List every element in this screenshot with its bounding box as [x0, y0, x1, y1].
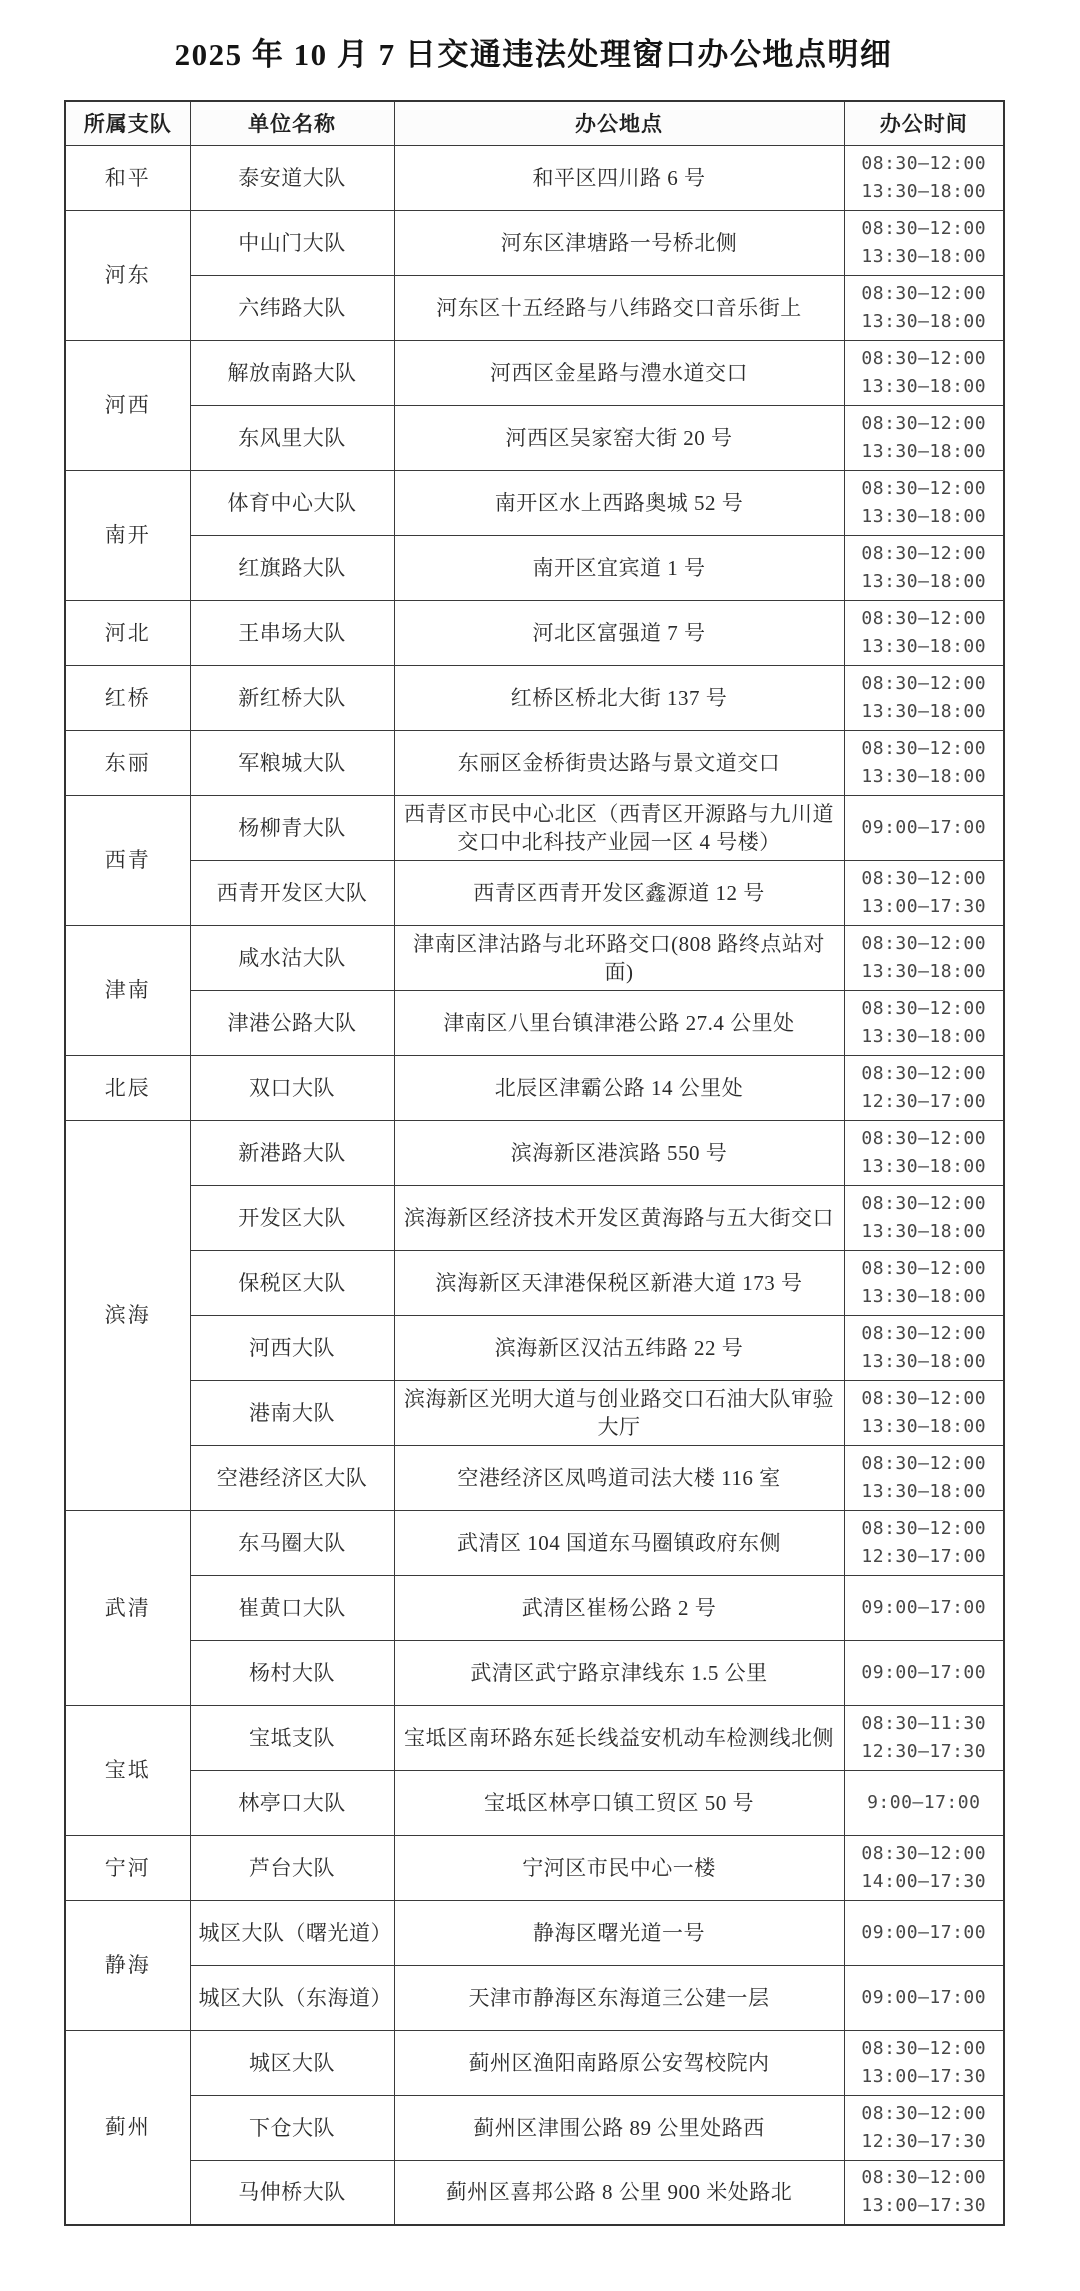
address-cell: 和平区四川路 6 号: [394, 145, 844, 210]
table-row: 武清东马圈大队武清区 104 国道东马圈镇政府东侧08:30—12:0012:3…: [65, 1510, 1004, 1575]
hours-line: 13:30—18:00: [847, 958, 1002, 986]
table-row: 开发区大队滨海新区经济技术开发区黄海路与五大街交口08:30—12:0013:3…: [65, 1185, 1004, 1250]
table-row: 东丽军粮城大队东丽区金桥街贵达路与景文道交口08:30—12:0013:30—1…: [65, 730, 1004, 795]
hours-cell: 09:00—17:00: [844, 1900, 1004, 1965]
district-cell: 红桥: [65, 665, 190, 730]
table-row: 河西大队滨海新区汉沽五纬路 22 号08:30—12:0013:30—18:00: [65, 1315, 1004, 1380]
district-cell: 静海: [65, 1900, 190, 2030]
table-row: 东风里大队河西区吴家窑大街 20 号08:30—12:0013:30—18:00: [65, 405, 1004, 470]
hours-line: 08:30—12:00: [847, 540, 1002, 568]
table-row: 西青开发区大队西青区西青开发区鑫源道 12 号08:30—12:0013:00—…: [65, 860, 1004, 925]
hours-cell: 08:30—12:0013:30—18:00: [844, 145, 1004, 210]
unit-cell: 开发区大队: [190, 1185, 394, 1250]
hours-line: 13:30—18:00: [847, 633, 1002, 661]
hours-line: 13:30—18:00: [847, 178, 1002, 206]
hours-line: 08:30—12:00: [847, 930, 1002, 958]
unit-cell: 体育中心大队: [190, 470, 394, 535]
unit-cell: 王串场大队: [190, 600, 394, 665]
address-cell: 静海区曙光道一号: [394, 1900, 844, 1965]
hours-line: 08:30—12:00: [847, 1385, 1002, 1413]
hours-line: 14:00—17:30: [847, 1868, 1002, 1896]
address-cell: 红桥区桥北大街 137 号: [394, 665, 844, 730]
header-row: 所属支队 单位名称 办公地点 办公时间: [65, 101, 1004, 145]
hours-line: 08:30—12:00: [847, 2100, 1002, 2128]
unit-cell: 港南大队: [190, 1380, 394, 1445]
table-row: 静海城区大队（曙光道）静海区曙光道一号09:00—17:00: [65, 1900, 1004, 1965]
address-cell: 河东区津塘路一号桥北侧: [394, 210, 844, 275]
office-locations-table: 所属支队 单位名称 办公地点 办公时间 和平泰安道大队和平区四川路 6 号08:…: [64, 100, 1005, 2226]
unit-cell: 空港经济区大队: [190, 1445, 394, 1510]
address-cell: 河西区金星路与澧水道交口: [394, 340, 844, 405]
hours-line: 08:30—12:00: [847, 1320, 1002, 1348]
address-cell: 滨海新区天津港保税区新港大道 173 号: [394, 1250, 844, 1315]
hours-line: 13:30—18:00: [847, 373, 1002, 401]
table-row: 和平泰安道大队和平区四川路 6 号08:30—12:0013:30—18:00: [65, 145, 1004, 210]
hours-line: 08:30—12:00: [847, 475, 1002, 503]
hours-cell: 08:30—12:0013:00—17:30: [844, 860, 1004, 925]
hours-line: 08:30—12:00: [847, 345, 1002, 373]
col-header-address: 办公地点: [394, 101, 844, 145]
hours-line: 13:30—18:00: [847, 1218, 1002, 1246]
unit-cell: 城区大队: [190, 2030, 394, 2095]
hours-cell: 08:30—12:0013:30—18:00: [844, 1120, 1004, 1185]
hours-line: 08:30—12:00: [847, 150, 1002, 178]
address-cell: 滨海新区经济技术开发区黄海路与五大街交口: [394, 1185, 844, 1250]
hours-line: 08:30—12:00: [847, 1125, 1002, 1153]
hours-line: 09:00—17:00: [847, 1919, 1002, 1947]
address-cell: 津南区八里台镇津港公路 27.4 公里处: [394, 990, 844, 1055]
hours-line: 9:00—17:00: [847, 1789, 1002, 1817]
address-cell: 河东区十五经路与八纬路交口音乐街上: [394, 275, 844, 340]
unit-cell: 东马圈大队: [190, 1510, 394, 1575]
hours-line: 13:30—18:00: [847, 243, 1002, 271]
hours-line: 08:30—12:00: [847, 1255, 1002, 1283]
table-row: 宝坻宝坻支队宝坻区南环路东延长线益安机动车检测线北侧08:30—11:3012:…: [65, 1705, 1004, 1770]
unit-cell: 城区大队（曙光道）: [190, 1900, 394, 1965]
unit-cell: 保税区大队: [190, 1250, 394, 1315]
hours-line: 13:30—18:00: [847, 568, 1002, 596]
hours-line: 13:30—18:00: [847, 1478, 1002, 1506]
hours-cell: 08:30—12:0013:30—18:00: [844, 210, 1004, 275]
table-row: 六纬路大队河东区十五经路与八纬路交口音乐街上08:30—12:0013:30—1…: [65, 275, 1004, 340]
hours-cell: 09:00—17:00: [844, 1640, 1004, 1705]
unit-cell: 双口大队: [190, 1055, 394, 1120]
hours-cell: 08:30—12:0013:30—18:00: [844, 1185, 1004, 1250]
hours-line: 12:30—17:30: [847, 2128, 1002, 2156]
table-row: 城区大队（东海道）天津市静海区东海道三公建一层09:00—17:00: [65, 1965, 1004, 2030]
hours-line: 13:00—17:30: [847, 2192, 1002, 2220]
district-cell: 武清: [65, 1510, 190, 1705]
hours-line: 08:30—12:00: [847, 995, 1002, 1023]
hours-cell: 08:30—11:3012:30—17:30: [844, 1705, 1004, 1770]
unit-cell: 芦台大队: [190, 1835, 394, 1900]
hours-cell: 08:30—12:0012:30—17:00: [844, 1510, 1004, 1575]
address-cell: 空港经济区凤鸣道司法大楼 116 室: [394, 1445, 844, 1510]
unit-cell: 西青开发区大队: [190, 860, 394, 925]
col-header-hours: 办公时间: [844, 101, 1004, 145]
hours-cell: 09:00—17:00: [844, 1965, 1004, 2030]
hours-line: 08:30—12:00: [847, 865, 1002, 893]
hours-cell: 08:30—12:0013:30—18:00: [844, 665, 1004, 730]
table-row: 河北王串场大队河北区富强道 7 号08:30—12:0013:30—18:00: [65, 600, 1004, 665]
hours-line: 13:30—18:00: [847, 1283, 1002, 1311]
district-cell: 和平: [65, 145, 190, 210]
hours-line: 13:00—17:30: [847, 893, 1002, 921]
address-cell: 武清区 104 国道东马圈镇政府东侧: [394, 1510, 844, 1575]
address-cell: 西青区市民中心北区（西青区开源路与九川道交口中北科技产业园一区 4 号楼）: [394, 795, 844, 860]
table-row: 林亭口大队宝坻区林亭口镇工贸区 50 号9:00—17:00: [65, 1770, 1004, 1835]
unit-cell: 下仓大队: [190, 2095, 394, 2160]
table-row: 下仓大队蓟州区津围公路 89 公里处路西08:30—12:0012:30—17:…: [65, 2095, 1004, 2160]
hours-line: 13:30—18:00: [847, 1153, 1002, 1181]
district-cell: 河北: [65, 600, 190, 665]
hours-line: 13:00—17:30: [847, 2063, 1002, 2091]
unit-cell: 马伸桥大队: [190, 2160, 394, 2225]
address-cell: 宝坻区南环路东延长线益安机动车检测线北侧: [394, 1705, 844, 1770]
address-cell: 北辰区津霸公路 14 公里处: [394, 1055, 844, 1120]
hours-cell: 08:30—12:0013:30—18:00: [844, 1380, 1004, 1445]
hours-line: 08:30—12:00: [847, 605, 1002, 633]
hours-line: 09:00—17:00: [847, 1984, 1002, 2012]
page-title: 2025 年 10 月 7 日交通违法处理窗口办公地点明细: [64, 34, 1003, 76]
hours-line: 09:00—17:00: [847, 814, 1002, 842]
table-body: 和平泰安道大队和平区四川路 6 号08:30—12:0013:30—18:00河…: [65, 145, 1004, 2225]
hours-line: 08:30—12:00: [847, 1840, 1002, 1868]
table-row: 滨海新港路大队滨海新区港滨路 550 号08:30—12:0013:30—18:…: [65, 1120, 1004, 1185]
hours-line: 08:30—12:00: [847, 410, 1002, 438]
hours-cell: 08:30—12:0013:30—18:00: [844, 925, 1004, 990]
hours-cell: 08:30—12:0013:30—18:00: [844, 1445, 1004, 1510]
hours-cell: 08:30—12:0013:30—18:00: [844, 730, 1004, 795]
unit-cell: 六纬路大队: [190, 275, 394, 340]
hours-cell: 09:00—17:00: [844, 1575, 1004, 1640]
unit-cell: 中山门大队: [190, 210, 394, 275]
hours-line: 08:30—12:00: [847, 1190, 1002, 1218]
address-cell: 西青区西青开发区鑫源道 12 号: [394, 860, 844, 925]
district-cell: 河东: [65, 210, 190, 340]
address-cell: 南开区水上西路奥城 52 号: [394, 470, 844, 535]
district-cell: 津南: [65, 925, 190, 1055]
unit-cell: 军粮城大队: [190, 730, 394, 795]
address-cell: 滨海新区汉沽五纬路 22 号: [394, 1315, 844, 1380]
hours-line: 08:30—12:00: [847, 670, 1002, 698]
hours-line: 08:30—12:00: [847, 1515, 1002, 1543]
hours-line: 08:30—12:00: [847, 2164, 1002, 2192]
hours-cell: 9:00—17:00: [844, 1770, 1004, 1835]
address-cell: 津南区津沽路与北环路交口(808 路终点站对面): [394, 925, 844, 990]
hours-cell: 08:30—12:0014:00—17:30: [844, 1835, 1004, 1900]
address-cell: 宁河区市民中心一楼: [394, 1835, 844, 1900]
table-row: 红桥新红桥大队红桥区桥北大街 137 号08:30—12:0013:30—18:…: [65, 665, 1004, 730]
hours-line: 09:00—17:00: [847, 1594, 1002, 1622]
address-cell: 河北区富强道 7 号: [394, 600, 844, 665]
unit-cell: 杨柳青大队: [190, 795, 394, 860]
table-row: 宁河芦台大队宁河区市民中心一楼08:30—12:0014:00—17:30: [65, 1835, 1004, 1900]
table-row: 河东中山门大队河东区津塘路一号桥北侧08:30—12:0013:30—18:00: [65, 210, 1004, 275]
hours-line: 13:30—18:00: [847, 1413, 1002, 1441]
document-page: 2025 年 10 月 7 日交通违法处理窗口办公地点明细 所属支队 单位名称 …: [0, 0, 1080, 2291]
unit-cell: 红旗路大队: [190, 535, 394, 600]
unit-cell: 新红桥大队: [190, 665, 394, 730]
district-cell: 北辰: [65, 1055, 190, 1120]
hours-line: 08:30—12:00: [847, 735, 1002, 763]
hours-cell: 08:30—12:0012:30—17:00: [844, 1055, 1004, 1120]
hours-line: 13:30—18:00: [847, 698, 1002, 726]
hours-line: 08:30—11:30: [847, 1710, 1002, 1738]
hours-line: 13:30—18:00: [847, 438, 1002, 466]
district-cell: 蓟州: [65, 2030, 190, 2225]
hours-line: 08:30—12:00: [847, 1450, 1002, 1478]
address-cell: 蓟州区喜邦公路 8 公里 900 米处路北: [394, 2160, 844, 2225]
col-header-unit: 单位名称: [190, 101, 394, 145]
address-cell: 蓟州区渔阳南路原公安驾校院内: [394, 2030, 844, 2095]
hours-cell: 08:30—12:0013:30—18:00: [844, 535, 1004, 600]
hours-line: 08:30—12:00: [847, 215, 1002, 243]
district-cell: 宁河: [65, 1835, 190, 1900]
hours-line: 13:30—18:00: [847, 1348, 1002, 1376]
unit-cell: 河西大队: [190, 1315, 394, 1380]
table-row: 津南咸水沽大队津南区津沽路与北环路交口(808 路终点站对面)08:30—12:…: [65, 925, 1004, 990]
address-cell: 宝坻区林亭口镇工贸区 50 号: [394, 1770, 844, 1835]
unit-cell: 津港公路大队: [190, 990, 394, 1055]
table-header: 所属支队 单位名称 办公地点 办公时间: [65, 101, 1004, 145]
address-cell: 河西区吴家窑大街 20 号: [394, 405, 844, 470]
district-cell: 东丽: [65, 730, 190, 795]
district-cell: 宝坻: [65, 1705, 190, 1835]
district-cell: 西青: [65, 795, 190, 925]
hours-line: 08:30—12:00: [847, 1060, 1002, 1088]
address-cell: 东丽区金桥街贵达路与景文道交口: [394, 730, 844, 795]
unit-cell: 城区大队（东海道）: [190, 1965, 394, 2030]
hours-cell: 08:30—12:0013:00—17:30: [844, 2160, 1004, 2225]
unit-cell: 林亭口大队: [190, 1770, 394, 1835]
table-row: 空港经济区大队空港经济区凤鸣道司法大楼 116 室08:30—12:0013:3…: [65, 1445, 1004, 1510]
col-header-district: 所属支队: [65, 101, 190, 145]
table-row: 北辰双口大队北辰区津霸公路 14 公里处08:30—12:0012:30—17:…: [65, 1055, 1004, 1120]
hours-line: 13:30—18:00: [847, 1023, 1002, 1051]
district-cell: 滨海: [65, 1120, 190, 1510]
hours-cell: 08:30—12:0013:30—18:00: [844, 275, 1004, 340]
hours-cell: 08:30—12:0013:30—18:00: [844, 405, 1004, 470]
hours-cell: 09:00—17:00: [844, 795, 1004, 860]
unit-cell: 宝坻支队: [190, 1705, 394, 1770]
hours-cell: 08:30—12:0013:30—18:00: [844, 340, 1004, 405]
address-cell: 武清区武宁路京津线东 1.5 公里: [394, 1640, 844, 1705]
address-cell: 南开区宜宾道 1 号: [394, 535, 844, 600]
hours-cell: 08:30—12:0013:30—18:00: [844, 1250, 1004, 1315]
district-cell: 南开: [65, 470, 190, 600]
unit-cell: 杨村大队: [190, 1640, 394, 1705]
unit-cell: 解放南路大队: [190, 340, 394, 405]
address-cell: 武清区崔杨公路 2 号: [394, 1575, 844, 1640]
unit-cell: 泰安道大队: [190, 145, 394, 210]
table-row: 崔黄口大队武清区崔杨公路 2 号09:00—17:00: [65, 1575, 1004, 1640]
table-row: 杨村大队武清区武宁路京津线东 1.5 公里09:00—17:00: [65, 1640, 1004, 1705]
unit-cell: 东风里大队: [190, 405, 394, 470]
table-row: 保税区大队滨海新区天津港保税区新港大道 173 号08:30—12:0013:3…: [65, 1250, 1004, 1315]
table-row: 河西解放南路大队河西区金星路与澧水道交口08:30—12:0013:30—18:…: [65, 340, 1004, 405]
hours-cell: 08:30—12:0013:00—17:30: [844, 2030, 1004, 2095]
address-cell: 滨海新区港滨路 550 号: [394, 1120, 844, 1185]
hours-line: 13:30—18:00: [847, 503, 1002, 531]
unit-cell: 咸水沽大队: [190, 925, 394, 990]
table-row: 西青杨柳青大队西青区市民中心北区（西青区开源路与九川道交口中北科技产业园一区 4…: [65, 795, 1004, 860]
table-row: 港南大队滨海新区光明大道与创业路交口石油大队审验大厅08:30—12:0013:…: [65, 1380, 1004, 1445]
hours-cell: 08:30—12:0013:30—18:00: [844, 470, 1004, 535]
hours-cell: 08:30—12:0013:30—18:00: [844, 1315, 1004, 1380]
hours-line: 12:30—17:30: [847, 1738, 1002, 1766]
hours-cell: 08:30—12:0012:30—17:30: [844, 2095, 1004, 2160]
unit-cell: 新港路大队: [190, 1120, 394, 1185]
table-row: 津港公路大队津南区八里台镇津港公路 27.4 公里处08:30—12:0013:…: [65, 990, 1004, 1055]
address-cell: 滨海新区光明大道与创业路交口石油大队审验大厅: [394, 1380, 844, 1445]
hours-cell: 08:30—12:0013:30—18:00: [844, 600, 1004, 665]
table-row: 红旗路大队南开区宜宾道 1 号08:30—12:0013:30—18:00: [65, 535, 1004, 600]
hours-cell: 08:30—12:0013:30—18:00: [844, 990, 1004, 1055]
hours-line: 08:30—12:00: [847, 2035, 1002, 2063]
district-cell: 河西: [65, 340, 190, 470]
hours-line: 12:30—17:00: [847, 1543, 1002, 1571]
address-cell: 天津市静海区东海道三公建一层: [394, 1965, 844, 2030]
table-row: 蓟州城区大队蓟州区渔阳南路原公安驾校院内08:30—12:0013:00—17:…: [65, 2030, 1004, 2095]
hours-line: 12:30—17:00: [847, 1088, 1002, 1116]
hours-line: 09:00—17:00: [847, 1659, 1002, 1687]
hours-line: 13:30—18:00: [847, 763, 1002, 791]
table-row: 南开体育中心大队南开区水上西路奥城 52 号08:30—12:0013:30—1…: [65, 470, 1004, 535]
unit-cell: 崔黄口大队: [190, 1575, 394, 1640]
table-row: 马伸桥大队蓟州区喜邦公路 8 公里 900 米处路北08:30—12:0013:…: [65, 2160, 1004, 2225]
hours-line: 13:30—18:00: [847, 308, 1002, 336]
hours-line: 08:30—12:00: [847, 280, 1002, 308]
address-cell: 蓟州区津围公路 89 公里处路西: [394, 2095, 844, 2160]
